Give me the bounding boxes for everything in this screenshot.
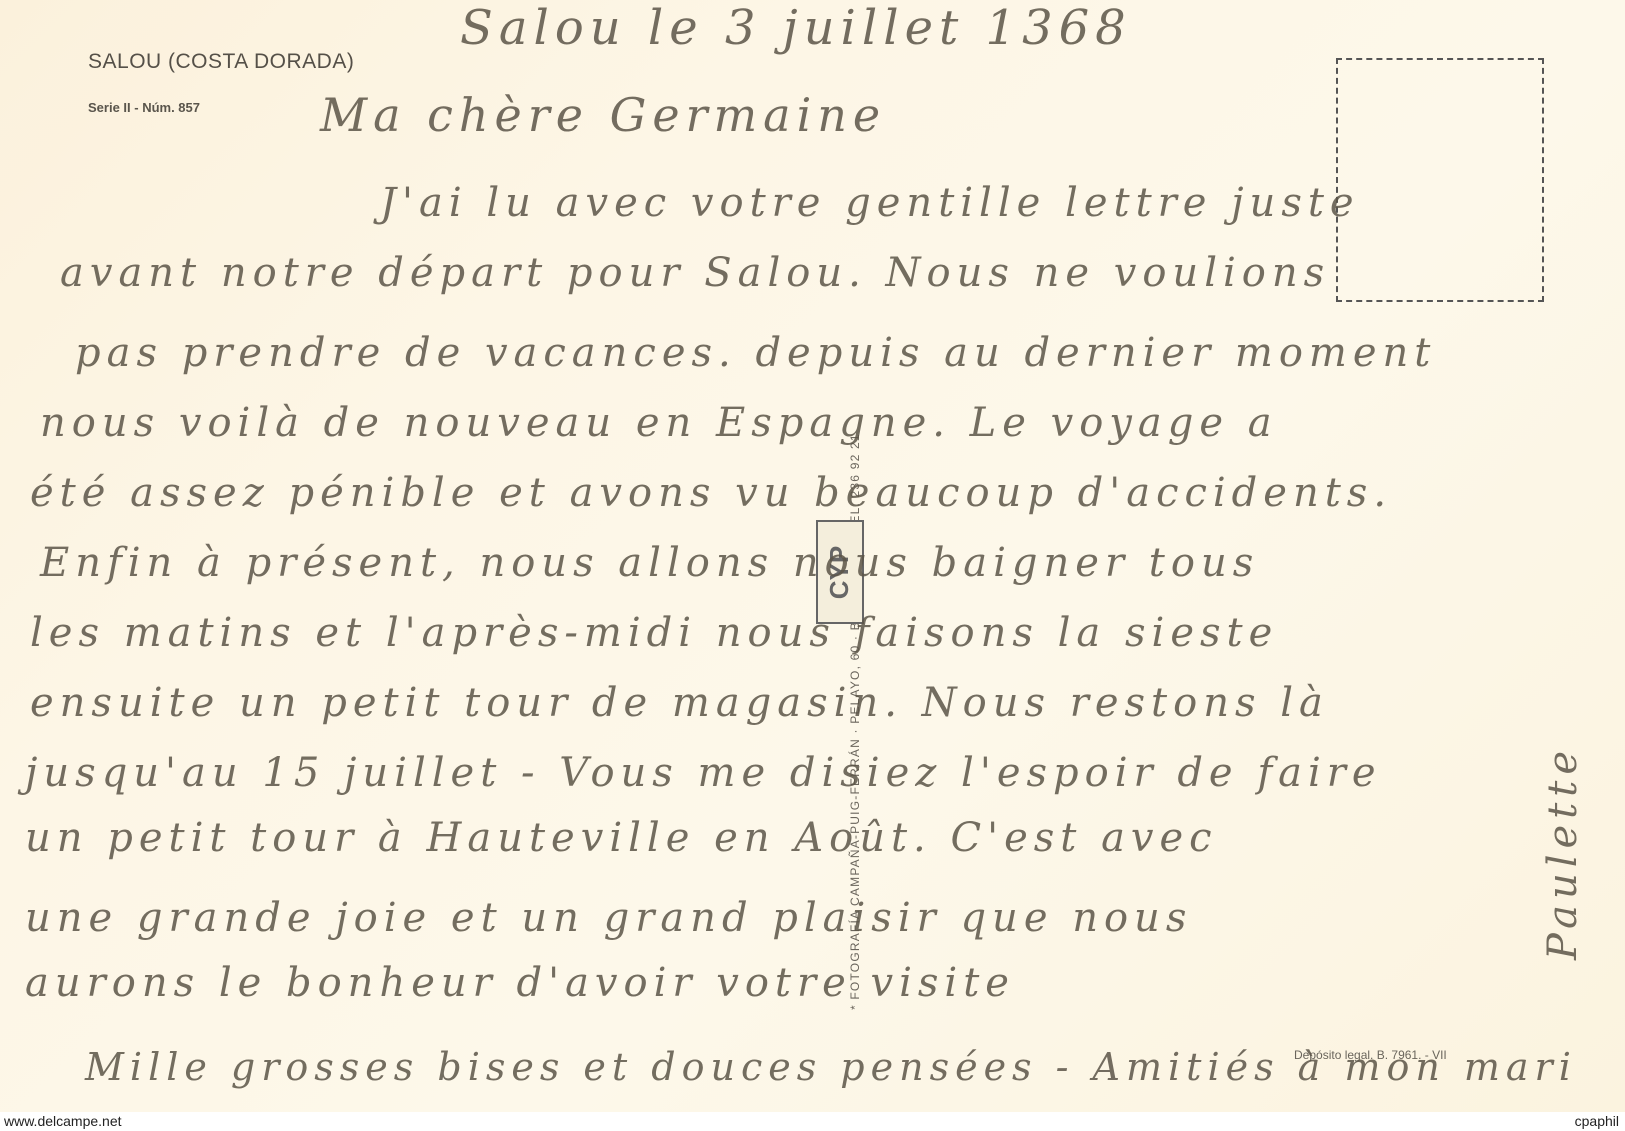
handwritten-line: Enfin à présent, nous allons nous baigne… <box>40 540 1259 586</box>
printed-title: SALOU (COSTA DORADA) <box>88 50 354 74</box>
postcard-back: SALOU (COSTA DORADA) Serie II - Núm. 857… <box>0 0 1625 1112</box>
series-number: Serie II - Núm. 857 <box>88 100 200 115</box>
seller-watermark: cpaphil <box>1575 1113 1619 1129</box>
handwritten-signature: Paulette <box>1540 745 1586 960</box>
handwritten-line: nous voilà de nouveau en Espagne. Le voy… <box>40 400 1278 446</box>
handwritten-date: Salou le 3 juillet 1368 <box>460 0 1132 56</box>
watermark-footer: www.delcampe.net cpaphil <box>0 1112 1625 1131</box>
handwritten-line: J'ai lu avec votre gentille lettre juste <box>380 180 1360 226</box>
site-watermark: www.delcampe.net <box>4 1113 122 1129</box>
handwritten-line: été assez pénible et avons vu beaucoup d… <box>30 470 1392 516</box>
stamp-box <box>1336 58 1544 302</box>
handwritten-line: les matins et l'après-midi nous faisons … <box>30 610 1278 656</box>
handwritten-line: avant notre départ pour Salou. Nous ne v… <box>60 250 1330 296</box>
handwritten-line: ensuite un petit tour de magasin. Nous r… <box>30 680 1329 726</box>
handwritten-line: jusqu'au 15 juillet - Vous me disiez l'e… <box>25 750 1382 796</box>
handwritten-line: Mille grosses bises et douces pensées - … <box>85 1045 1577 1089</box>
handwritten-line: Ma chère Germaine <box>320 88 886 142</box>
handwritten-line: un petit tour à Hauteville en Août. C'es… <box>25 815 1218 861</box>
handwritten-line: pas prendre de vacances. depuis au derni… <box>75 330 1436 376</box>
handwritten-line: aurons le bonheur d'avoir votre visite <box>25 960 1015 1006</box>
handwritten-line: une grande joie et un grand plaisir que … <box>25 895 1192 941</box>
